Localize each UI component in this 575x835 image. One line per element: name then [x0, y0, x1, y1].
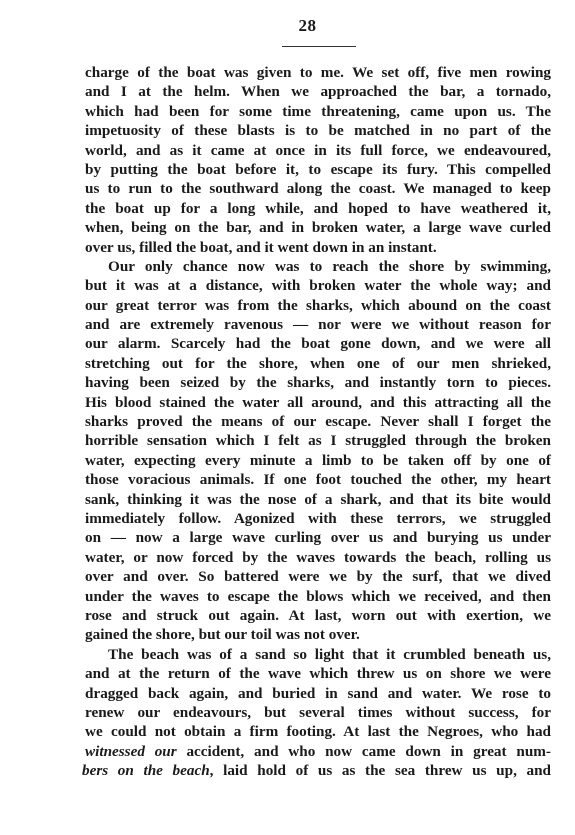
- text-line: world, and as it came at once in its ful…: [85, 141, 551, 160]
- text-line: having been seized by the sharks, and in…: [85, 373, 551, 392]
- text-line: over us, filled the boat, and it went do…: [85, 238, 551, 257]
- text-line: bers on the beach, laid hold of us as th…: [82, 761, 551, 780]
- header-rule: [282, 46, 356, 47]
- text-line: our great terror was from the sharks, wh…: [85, 296, 551, 315]
- page-number: 28: [0, 16, 575, 36]
- text-line: water, expecting every minute a limb to …: [85, 451, 551, 470]
- text-line: charge of the boat was given to me. We s…: [85, 63, 551, 82]
- text-line: our alarm. Scarcely had the boat gone do…: [85, 334, 551, 353]
- text-line: stretching out for the shore, when one o…: [85, 354, 551, 373]
- body-text: charge of the boat was given to me. We s…: [85, 63, 551, 780]
- text-line: which had been for some time threatening…: [85, 102, 551, 121]
- paragraph-start-line: Our only chance now was to reach the sho…: [85, 257, 551, 276]
- text-line: horrible sensation which I felt as I str…: [85, 431, 551, 450]
- text-line: impetuosity of these blasts is to be mat…: [85, 121, 551, 140]
- text-line: by putting the boat before it, to escape…: [85, 160, 551, 179]
- book-page: 28 charge of the boat was given to me. W…: [0, 0, 575, 835]
- text-line: but it was at a distance, with broken wa…: [85, 276, 551, 295]
- text-line: and at the return of the wave which thre…: [85, 664, 551, 683]
- text-line: us to run to the southward along the coa…: [85, 179, 551, 198]
- text-line: gained the shore, but our toil was not o…: [85, 625, 551, 644]
- text-line: the boat up for a long while, and hoped …: [85, 199, 551, 218]
- text-line: His blood stained the water all around, …: [85, 393, 551, 412]
- text-span: , laid hold of us as the sea threw us up…: [210, 762, 551, 779]
- italic-text: witnessed our: [85, 743, 177, 760]
- italic-text: bers on the beach: [82, 762, 210, 779]
- text-line: under the waves to escape the blows whic…: [85, 587, 551, 606]
- text-line: on — now a large wave curling over us an…: [85, 528, 551, 547]
- text-line: sank, thinking it was the nose of a shar…: [85, 490, 551, 509]
- text-line: water, or now forced by the waves toward…: [85, 548, 551, 567]
- text-line: when, being on the bar, and in broken wa…: [85, 218, 551, 237]
- paragraph-start-line: The beach was of a sand so light that it…: [85, 645, 551, 664]
- text-line: we could not obtain a firm footing. At l…: [85, 722, 551, 741]
- text-span: accident, and who now came down in great…: [177, 743, 551, 760]
- text-line: and I at the helm. When we approached th…: [85, 82, 551, 101]
- text-line: those voracious animals. If one foot tou…: [85, 470, 551, 489]
- text-line: and are extremely ravenous — nor were we…: [85, 315, 551, 334]
- text-line: over and over. So battered were we by th…: [85, 567, 551, 586]
- text-line: rose and struck out again. At last, worn…: [85, 606, 551, 625]
- text-line: sharks proved the means of our escape. N…: [85, 412, 551, 431]
- text-line: witnessed our accident, and who now came…: [85, 742, 551, 761]
- text-line: immediately follow. Agonized with these …: [85, 509, 551, 528]
- text-line: renew our endeavours, but several times …: [85, 703, 551, 722]
- text-line: dragged back again, and buried in sand a…: [85, 684, 551, 703]
